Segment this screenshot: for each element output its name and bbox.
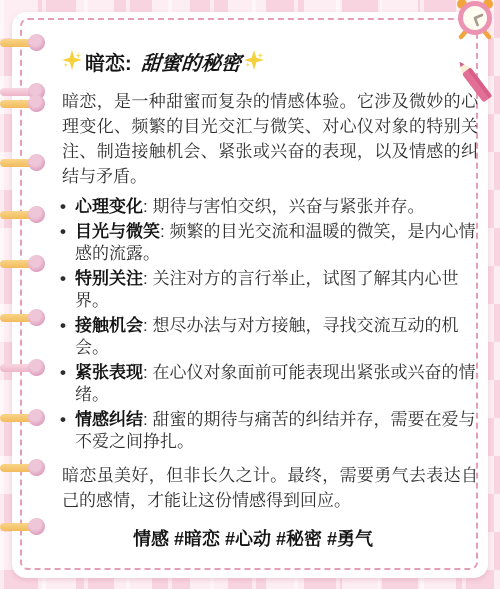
intro-text: 暗恋，是一种甜蜜而复杂的情感体验。它涉及微妙的心理变化、频繁的目光交汇与微笑、对… [62, 89, 478, 189]
list-item: •特别关注: 关注对方的言行举止，试图了解其内心世界。 [62, 268, 478, 312]
sparkle-icon [62, 50, 82, 78]
pencil-icon [455, 54, 493, 113]
binder-ring [0, 95, 48, 113]
binder-knob [28, 518, 45, 535]
outro-text: 暗恋虽美好，但非长久之计。最终，需要勇气去表达自己的感情，才能让这份情感得到回应… [62, 463, 478, 513]
binder-ring [0, 34, 48, 52]
binder-knob [28, 255, 45, 272]
note-card: 暗恋: 甜蜜的秘密 暗恋，是一种甜蜜而复杂的情感体验。它涉及微妙的心理变化、频繁… [12, 12, 488, 578]
page-title: 暗恋: 甜蜜的秘密 [62, 50, 478, 78]
bullet-dot: • [60, 196, 66, 218]
bullet-label: 特别关注 [75, 269, 143, 288]
bullet-dot: • [60, 362, 66, 384]
binder-ring [0, 309, 48, 327]
list-item: •接触机会: 想尽办法与对方接触，寻找交流互动的机会。 [62, 315, 478, 359]
bullet-label: 心理变化 [75, 197, 143, 216]
list-item: •紧张表现: 在心仪对象面前可能表现出紧张或兴奋的情绪。 [62, 362, 478, 406]
binder-ring [0, 518, 48, 536]
bullet-dot: • [60, 221, 66, 243]
binder-ring [0, 359, 48, 377]
bullet-label: 接触机会 [75, 316, 143, 335]
binder-knob [28, 409, 45, 426]
list-item: •情感纠结: 甜蜜的期待与痛苦的纠结并存，需要在爱与不爱之间挣扎。 [62, 409, 478, 453]
binder-ring [0, 206, 48, 224]
note-page: 暗恋: 甜蜜的秘密 暗恋，是一种甜蜜而复杂的情感体验。它涉及微妙的心理变化、频繁… [0, 0, 500, 589]
bullet-label: 紧张表现 [75, 363, 143, 382]
bullet-label: 情感纠结 [75, 410, 143, 429]
list-item: •心理变化: 期待与害怕交织，兴奋与紧张并存。 [62, 196, 478, 218]
title-text-fancy: 甜蜜的秘密 [140, 50, 242, 78]
binder-knob [28, 459, 45, 476]
title-text: 暗恋: [85, 50, 132, 78]
list-item: •目光与微笑: 频繁的目光交流和温暖的微笑，是内心情感的流露。 [62, 221, 478, 265]
bullet-dot: • [60, 409, 66, 431]
binder-ring [0, 459, 48, 477]
note-content: 暗恋: 甜蜜的秘密 暗恋，是一种甜蜜而复杂的情感体验。它涉及微妙的心理变化、频繁… [62, 50, 478, 551]
bullet-label: 目光与微笑 [75, 222, 160, 241]
binder-knob [28, 95, 45, 112]
bullet-dot: • [60, 315, 66, 337]
hashtag-line: 情感 #暗恋 #心动 #秘密 #勇气 [45, 525, 461, 551]
alarm-clock-icon [452, 0, 498, 46]
bullet-dot: • [60, 268, 66, 290]
binder-knob [28, 154, 45, 171]
bullet-text: 期待与害怕交织，兴奋与紧张并存。 [148, 197, 425, 216]
binder-ring [0, 255, 48, 273]
feature-list: •心理变化: 期待与害怕交织，兴奋与紧张并存。 •目光与微笑: 频繁的目光交流和… [62, 196, 478, 453]
sparkle-icon [244, 50, 264, 78]
binder-knob [28, 309, 45, 326]
binder-knob [28, 206, 45, 223]
binder-ring [0, 409, 48, 427]
binder-knob [28, 34, 45, 51]
binder-ring [0, 154, 48, 172]
binder-knob [28, 359, 45, 376]
